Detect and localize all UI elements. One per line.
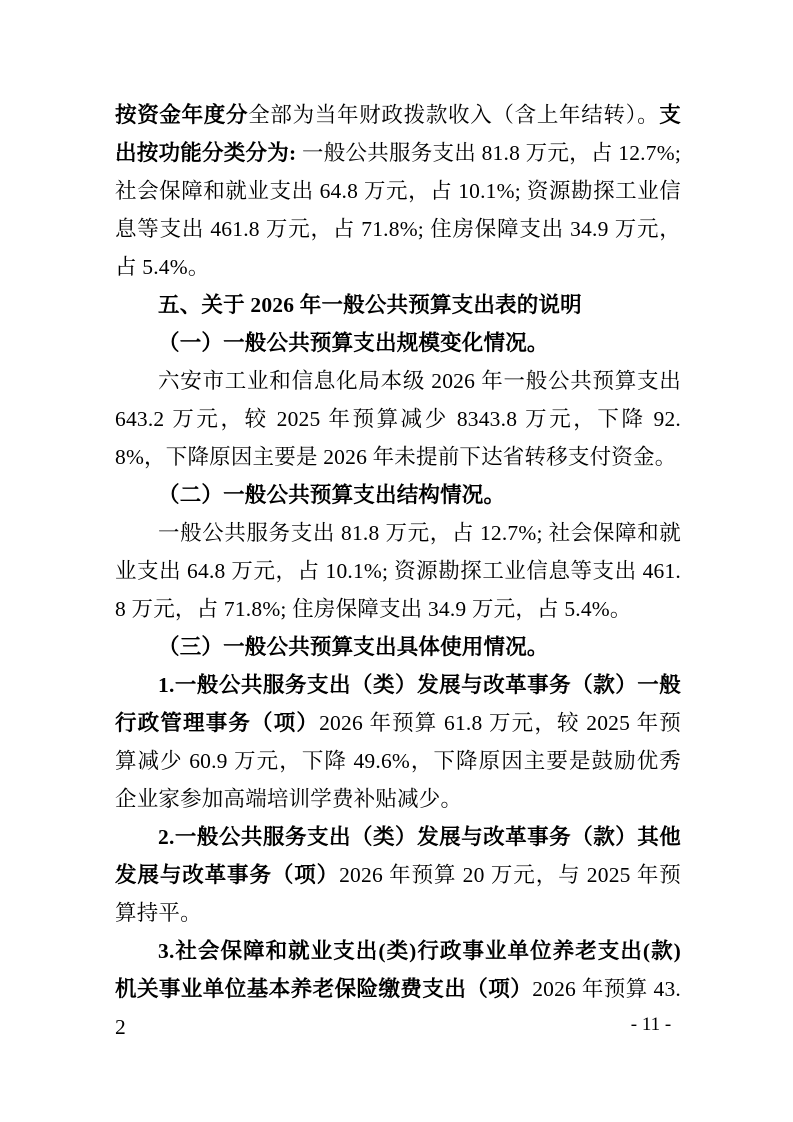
expenditure-structure-paragraph: 一般公共服务支出 81.8 万元，占 12.7%; 社会保障和就业支出 64.8…: [115, 514, 681, 628]
bold-text-run: （二）一般公共预算支出结构情况。: [158, 483, 505, 507]
bold-text-run: （一）一般公共预算支出规模变化情况。: [158, 331, 549, 355]
subsection-heading-two: （二）一般公共预算支出结构情况。: [115, 476, 681, 514]
bold-text-run: 五、关于 2026 年一般公共预算支出表的说明: [158, 293, 582, 317]
bold-text-run: （三）一般公共预算支出具体使用情况。: [158, 635, 549, 659]
document-body: 按资金年度分全部为当年财政拨款收入（含上年结转）。支出按功能分类分为: 一般公共…: [115, 96, 681, 1046]
section-heading-five: 五、关于 2026 年一般公共预算支出表的说明: [115, 286, 681, 324]
bold-text-run: 按资金年度分: [115, 103, 248, 127]
funding-year-paragraph: 按资金年度分全部为当年财政拨款收入（含上年结转）。支出按功能分类分为: 一般公共…: [115, 96, 681, 286]
item-2-paragraph: 2.一般公共服务支出（类）发展与改革事务（款）其他发展与改革事务（项）2026 …: [115, 818, 681, 932]
subsection-heading-one: （一）一般公共预算支出规模变化情况。: [115, 324, 681, 362]
expenditure-scale-paragraph: 六安市工业和信息化局本级 2026 年一般公共预算支出 643.2 万元，较 2…: [115, 362, 681, 476]
item-1-paragraph: 1.一般公共服务支出（类）发展与改革事务（款）一般行政管理事务（项）2026 年…: [115, 666, 681, 818]
document-page: 按资金年度分全部为当年财政拨款收入（含上年结转）。支出按功能分类分为: 一般公共…: [0, 0, 793, 1122]
text-run: 全部为当年财政拨款收入（含上年结转）。: [248, 103, 659, 127]
text-run: 一般公共服务支出 81.8 万元，占 12.7%; 社会保障和就业支出 64.8…: [115, 521, 681, 621]
text-run: 六安市工业和信息化局本级 2026 年一般公共预算支出 643.2 万元，较 2…: [115, 369, 681, 469]
page-number: - 11 -: [596, 1011, 706, 1039]
subsection-heading-three: （三）一般公共预算支出具体使用情况。: [115, 628, 681, 666]
